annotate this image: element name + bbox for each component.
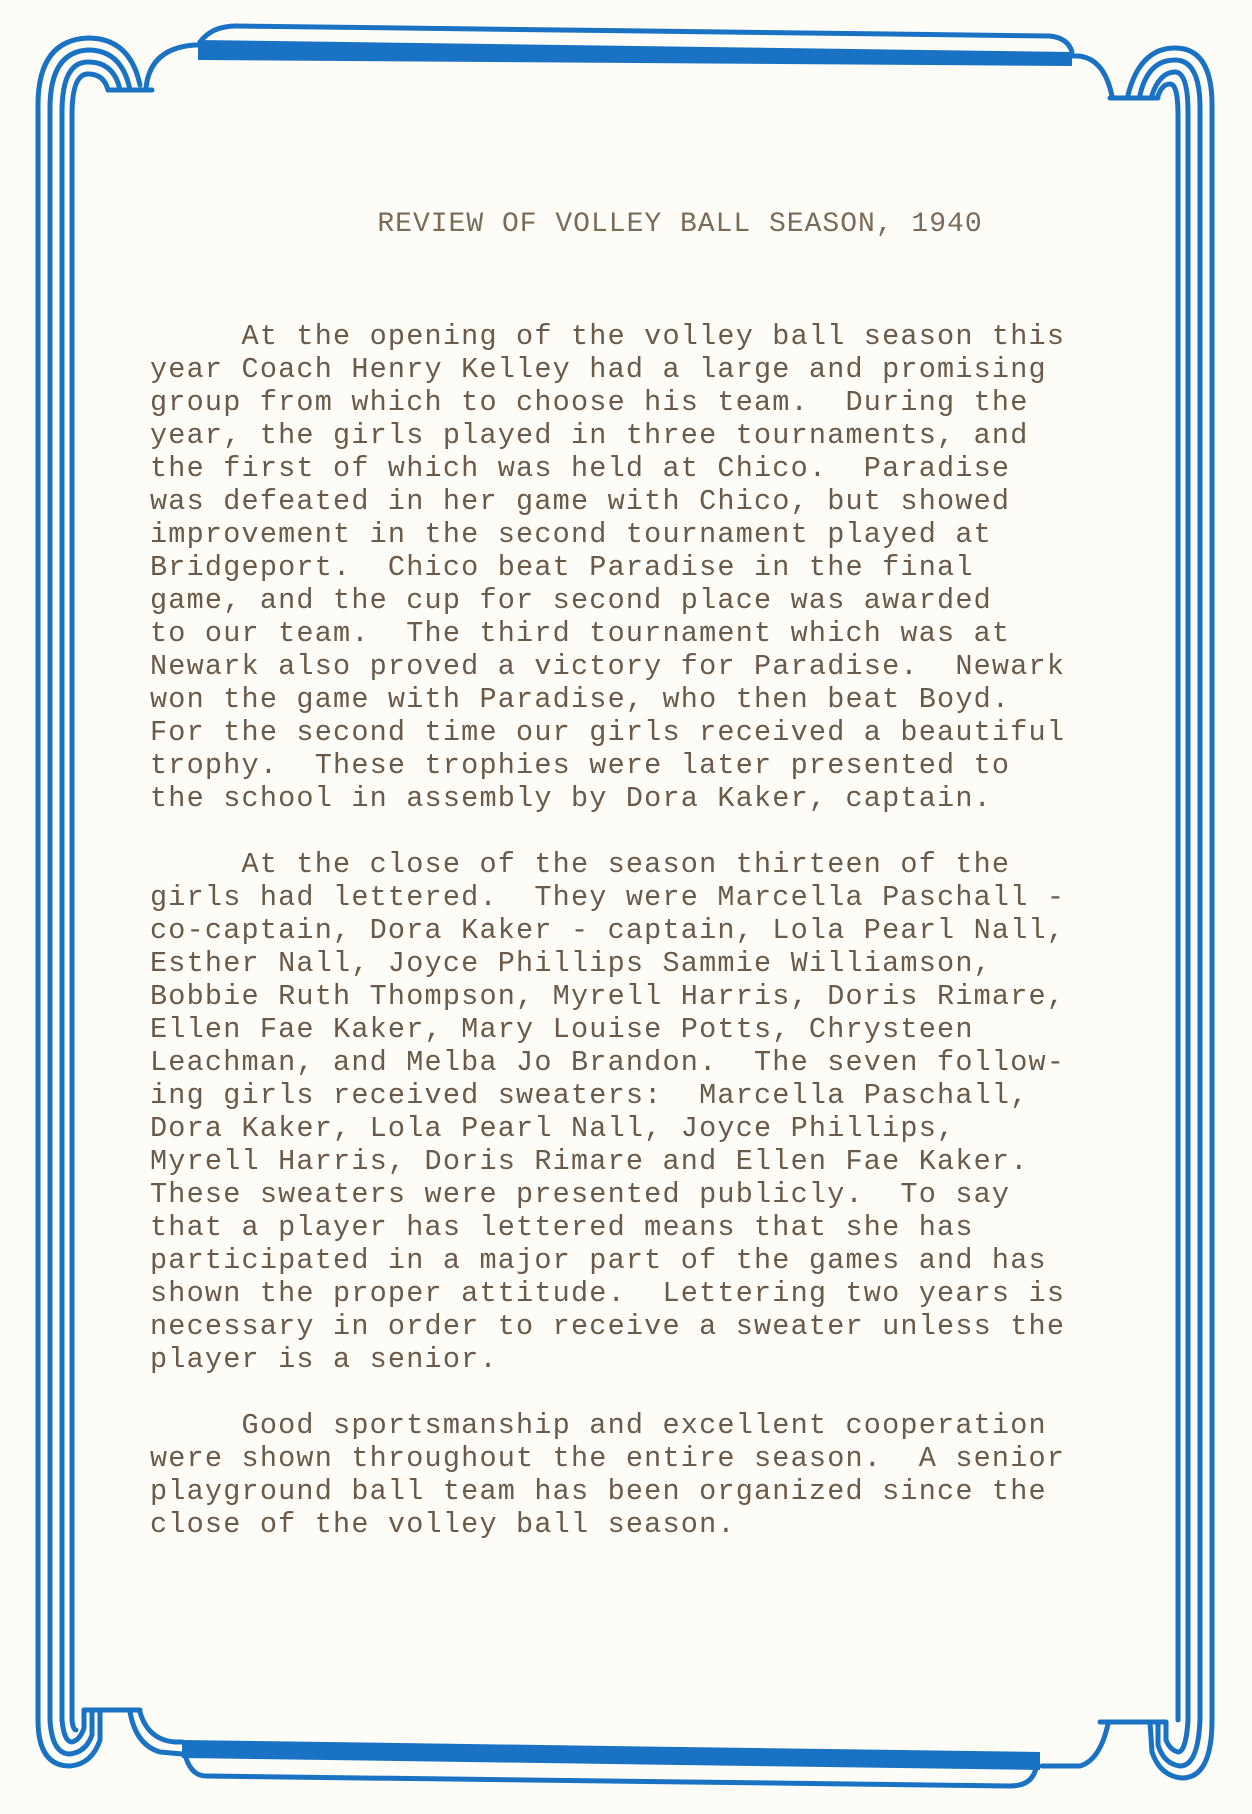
text-line: co-captain, Dora Kaker - captain, Lola P… <box>150 914 1150 947</box>
document-title: REVIEW OF VOLLEY BALL SEASON, 1940 <box>150 205 1150 265</box>
text-line: player is a senior. <box>150 1343 1150 1376</box>
text-line: year Coach Henry Kelley had a large and … <box>150 353 1150 386</box>
text-line: year, the girls played in three tourname… <box>150 419 1150 452</box>
text-line: Dora Kaker, Lola Pearl Nall, Joyce Phill… <box>150 1112 1150 1145</box>
text-line: improvement in the second tournament pla… <box>150 518 1150 551</box>
text-line: girls had lettered. They were Marcella P… <box>150 881 1150 914</box>
text-line: Bobbie Ruth Thompson, Myrell Harris, Dor… <box>150 980 1150 1013</box>
text-line: close of the volley ball season. <box>150 1508 1150 1541</box>
text-line: Esther Nall, Joyce Phillips Sammie Willi… <box>150 947 1150 980</box>
text-line: was defeated in her game with Chico, but… <box>150 485 1150 518</box>
text-line: playground ball team has been organized … <box>150 1475 1150 1508</box>
text-line: Newark also proved a victory for Paradis… <box>150 650 1150 683</box>
text-line: game, and the cup for second place was a… <box>150 584 1150 617</box>
text-line: the school in assembly by Dora Kaker, ca… <box>150 782 1150 815</box>
text-line: that a player has lettered means that sh… <box>150 1211 1150 1244</box>
paragraph-season-review: At the opening of the volley ball season… <box>150 320 1150 815</box>
text-line: These sweaters were presented publicly. … <box>150 1178 1150 1211</box>
text-line: won the game with Paradise, who then bea… <box>150 683 1150 716</box>
text-line: to our team. The third tournament which … <box>150 617 1150 650</box>
text-line: trophy. These trophies were later presen… <box>150 749 1150 782</box>
text-line: For the second time our girls received a… <box>150 716 1150 749</box>
text-line: At the opening of the volley ball season… <box>150 320 1150 353</box>
paragraph-letters: At the close of the season thirteen of t… <box>150 848 1150 1376</box>
text-line: group from which to choose his team. Dur… <box>150 386 1150 419</box>
text-line: Myrell Harris, Doris Rimare and Ellen Fa… <box>150 1145 1150 1178</box>
text-line: Ellen Fae Kaker, Mary Louise Potts, Chry… <box>150 1013 1150 1046</box>
text-line: At the close of the season thirteen of t… <box>150 848 1150 881</box>
text-line: participated in a major part of the game… <box>150 1244 1150 1277</box>
text-line: necessary in order to receive a sweater … <box>150 1310 1150 1343</box>
document-body: REVIEW OF VOLLEY BALL SEASON, 1940 At th… <box>150 205 1150 1541</box>
text-line: the first of which was held at Chico. Pa… <box>150 452 1150 485</box>
top-bar <box>198 40 1072 66</box>
text-line: Good sportsmanship and excellent coopera… <box>150 1409 1150 1442</box>
text-line: Bridgeport. Chico beat Paradise in the f… <box>150 551 1150 584</box>
text-line: were shown throughout the entire season.… <box>150 1442 1150 1475</box>
text-line: Leachman, and Melba Jo Brandon. The seve… <box>150 1046 1150 1079</box>
text-line: ing girls received sweaters: Marcella Pa… <box>150 1079 1150 1112</box>
text-line: shown the proper attitude. Lettering two… <box>150 1277 1150 1310</box>
paragraph-sportsmanship: Good sportsmanship and excellent coopera… <box>150 1409 1150 1541</box>
bottom-bar <box>182 1740 1040 1770</box>
